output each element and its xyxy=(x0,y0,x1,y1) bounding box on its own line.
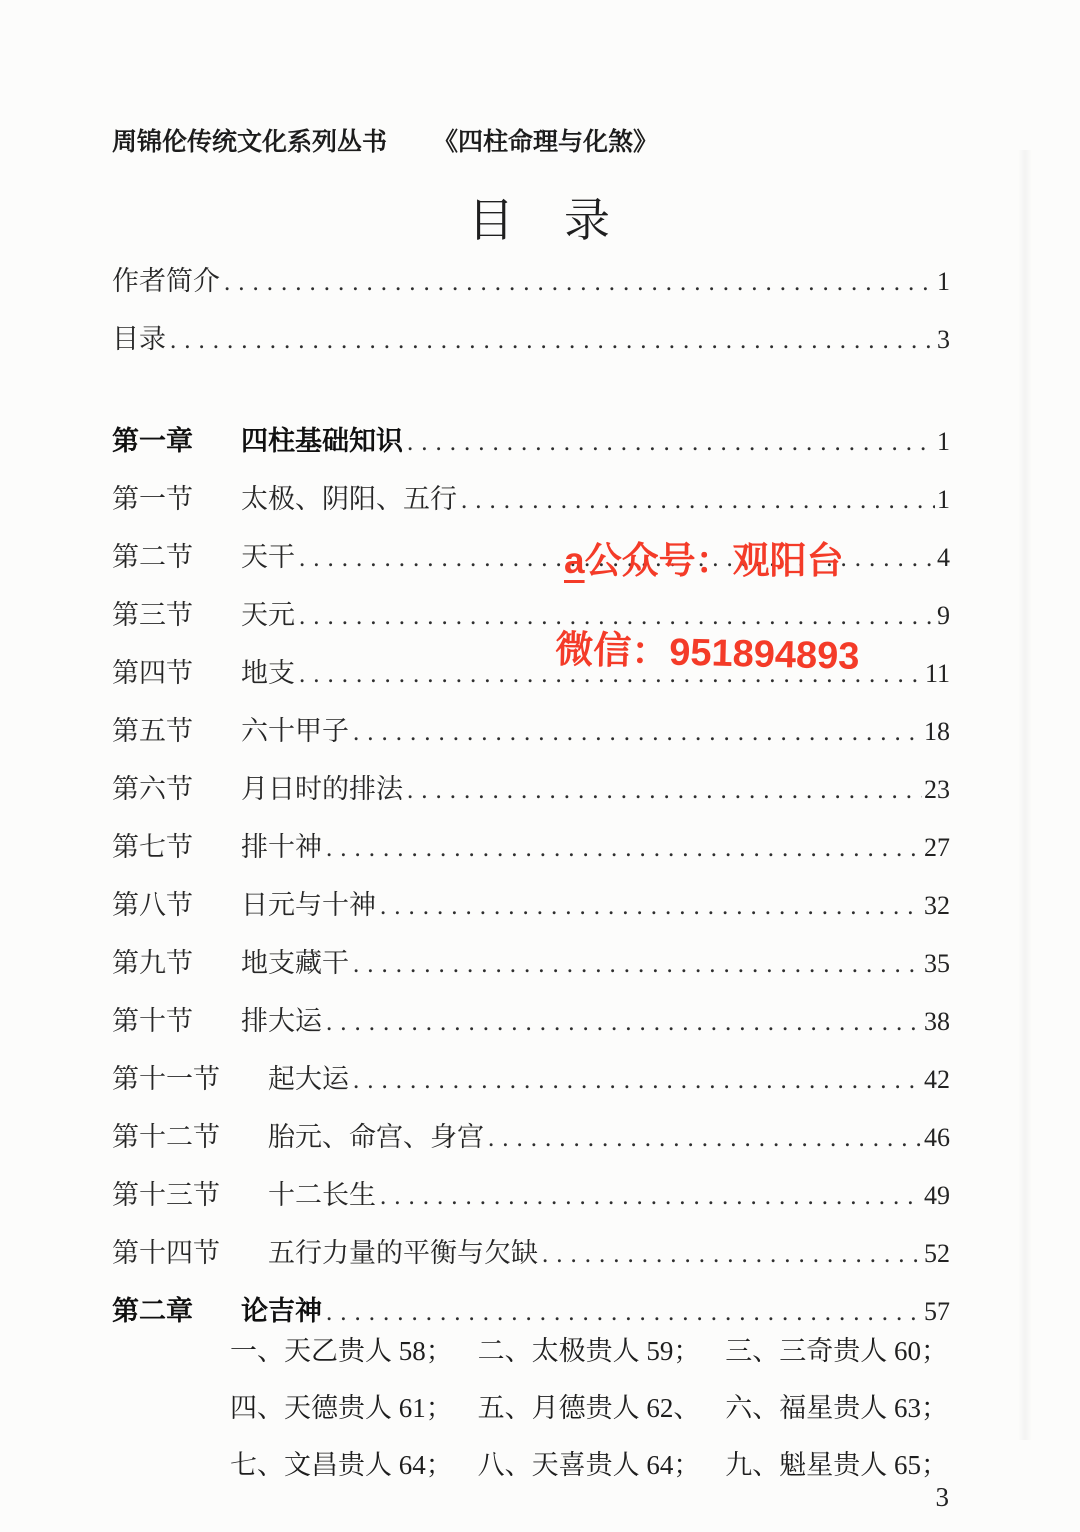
toc-entry: 第二节天干...................................… xyxy=(112,540,950,576)
toc-entry: 第一章四柱基础知识...............................… xyxy=(112,424,950,460)
series-title: 周锦伦传统文化系列丛书 xyxy=(112,128,387,156)
dot-leader: ........................................… xyxy=(299,658,923,692)
toc-entry: 第四节地支...................................… xyxy=(112,656,950,692)
toc-entry: 第七节排十神..................................… xyxy=(112,830,950,866)
toc-entry-page: 38 xyxy=(924,1005,950,1039)
toc-entry-page: 4 xyxy=(937,541,950,575)
subitem: 一、天乙贵人 58； xyxy=(230,1334,453,1368)
toc-entry: 第三节天元...................................… xyxy=(112,598,950,634)
dot-leader: ........................................… xyxy=(224,266,935,300)
dot-leader: ........................................… xyxy=(170,324,935,358)
subitem-row: 七、文昌贵人 64；八、天喜贵人 64；九、魁星贵人 65； xyxy=(230,1448,948,1482)
dot-leader: ........................................… xyxy=(407,774,922,808)
toc-entry: 第五节六十甲子.................................… xyxy=(112,714,950,750)
dot-leader: ........................................… xyxy=(299,542,935,576)
toc-entry-label: 第十一节 xyxy=(112,1062,220,1096)
subitem: 三、三奇贵人 60； xyxy=(725,1334,948,1368)
toc-entry-label: 第四节 xyxy=(112,656,193,690)
subitem: 四、天德贵人 61； xyxy=(230,1391,453,1425)
toc-entry-page: 57 xyxy=(924,1295,950,1329)
subitem-row: 一、天乙贵人 58；二、太极贵人 59；三、三奇贵人 60； xyxy=(230,1334,948,1368)
toc-entry-title: 排十神 xyxy=(241,830,322,864)
page-title: 目 录 xyxy=(0,184,1080,250)
dot-leader: ........................................… xyxy=(326,1006,922,1040)
toc-entry-label: 第六节 xyxy=(112,772,193,806)
toc-entry-label: 第九节 xyxy=(112,946,193,980)
toc-entry-title: 排大运 xyxy=(241,1004,322,1038)
toc-entry-page: 27 xyxy=(924,831,950,865)
dot-leader: ........................................… xyxy=(380,890,922,924)
toc-entry-page: 32 xyxy=(924,889,950,923)
toc-entry-title: 天元 xyxy=(241,598,295,632)
dot-leader: ........................................… xyxy=(461,484,935,518)
toc-entry: 第十四节五行力量的平衡与欠缺..........................… xyxy=(112,1236,950,1272)
toc-entry-page: 9 xyxy=(937,599,950,633)
toc-entry-title: 起大运 xyxy=(268,1062,349,1096)
toc-entry-title: 四柱基础知识 xyxy=(241,424,403,458)
dot-leader: ........................................… xyxy=(380,1180,922,1214)
toc-entry-page: 52 xyxy=(924,1237,950,1271)
toc-entry: 第十一节起大运.................................… xyxy=(112,1062,950,1098)
subitem: 七、文昌贵人 64； xyxy=(230,1448,453,1482)
toc-entry-label: 第一章 xyxy=(112,424,193,458)
dot-leader: ........................................… xyxy=(353,948,922,982)
subitem: 二、太极贵人 59； xyxy=(478,1334,701,1368)
toc-entry-title: 作者简介 xyxy=(112,264,220,298)
dot-leader: ........................................… xyxy=(353,1064,922,1098)
toc-entry-title: 十二长生 xyxy=(268,1178,376,1212)
toc-entry: 第六节月日时的排法...............................… xyxy=(112,772,950,808)
toc-entry-title: 目录 xyxy=(112,322,166,356)
toc-entry-title: 日元与十神 xyxy=(241,888,376,922)
dot-leader: ........................................… xyxy=(299,600,935,634)
page-header: 周锦伦传统文化系列丛书《四柱命理与化煞》 xyxy=(112,122,960,158)
toc-entry-page: 35 xyxy=(924,947,950,981)
toc-entry-page: 11 xyxy=(925,657,950,691)
toc-entry-title: 天干 xyxy=(241,540,295,574)
toc-entry-title: 胎元、命宫、身宫 xyxy=(268,1120,484,1154)
toc-entry-title: 地支 xyxy=(241,656,295,690)
toc-entry-label: 第二章 xyxy=(112,1294,193,1328)
toc-entry: 第一节太极、阴阳、五行.............................… xyxy=(112,482,950,518)
toc-page: 周锦伦传统文化系列丛书《四柱命理与化煞》 目 录 作者简介...........… xyxy=(0,0,1080,1532)
toc-entry-label: 第十三节 xyxy=(112,1178,220,1212)
toc-entry-label: 第十节 xyxy=(112,1004,193,1038)
toc-entry-title: 地支藏干 xyxy=(241,946,349,980)
toc-entry-label: 第一节 xyxy=(112,482,193,516)
toc-entry-page: 3 xyxy=(937,323,950,357)
dot-leader: ........................................… xyxy=(353,716,922,750)
dot-leader: ........................................… xyxy=(326,1296,922,1330)
toc-entry-page: 46 xyxy=(924,1121,950,1155)
toc-entry-page: 23 xyxy=(924,773,950,807)
subitem: 九、魁星贵人 65； xyxy=(725,1448,948,1482)
toc-entry-label: 第三节 xyxy=(112,598,193,632)
subitem: 八、天喜贵人 64； xyxy=(478,1448,701,1482)
subitem-row: 四、天德贵人 61；五、月德贵人 62、六、福星贵人 63； xyxy=(230,1391,948,1425)
toc-entry-label: 第二节 xyxy=(112,540,193,574)
toc-entry-title: 太极、阴阳、五行 xyxy=(241,482,457,516)
chapter2-subitems: 一、天乙贵人 58；二、太极贵人 59；三、三奇贵人 60；四、天德贵人 61；… xyxy=(230,1334,948,1505)
toc-entry: 第十三节十二长生................................… xyxy=(112,1178,950,1214)
toc-entry-title: 五行力量的平衡与欠缺 xyxy=(268,1236,538,1270)
scan-streak xyxy=(1018,150,1032,1440)
toc-entry-title: 月日时的排法 xyxy=(241,772,403,806)
page-number: 3 xyxy=(936,1482,950,1513)
toc-entry-page: 49 xyxy=(924,1179,950,1213)
toc-entry-title: 六十甲子 xyxy=(241,714,349,748)
toc-list: 第一章四柱基础知识...............................… xyxy=(112,424,950,1352)
toc-entry-page: 1 xyxy=(937,483,950,517)
toc-entry-label: 第八节 xyxy=(112,888,193,922)
toc-entry: 第十二节胎元、命宫、身宫............................… xyxy=(112,1120,950,1156)
subitem: 五、月德贵人 62、 xyxy=(478,1391,701,1425)
toc-entry: 第二章论吉神..................................… xyxy=(112,1294,950,1330)
toc-entry-label: 第七节 xyxy=(112,830,193,864)
toc-entry-label: 第五节 xyxy=(112,714,193,748)
toc-entry-label: 第十四节 xyxy=(112,1236,220,1270)
toc-entry-title: 论吉神 xyxy=(241,1294,322,1328)
toc-entry: 作者简介....................................… xyxy=(112,264,950,300)
toc-entry-page: 1 xyxy=(937,425,950,459)
dot-leader: ........................................… xyxy=(488,1122,922,1156)
dot-leader: ........................................… xyxy=(326,832,922,866)
dot-leader: ........................................… xyxy=(407,426,935,460)
dot-leader: ........................................… xyxy=(542,1238,922,1272)
toc-entry-page: 18 xyxy=(924,715,950,749)
toc-entry: 第八节日元与十神................................… xyxy=(112,888,950,924)
toc-entry: 目录......................................… xyxy=(112,322,950,358)
front-matter-list: 作者简介....................................… xyxy=(112,264,950,380)
book-title: 《四柱命理与化煞》 xyxy=(433,128,658,156)
subitem: 六、福星贵人 63； xyxy=(725,1391,948,1425)
toc-entry-page: 42 xyxy=(924,1063,950,1097)
toc-entry: 第十节排大运..................................… xyxy=(112,1004,950,1040)
toc-entry-page: 1 xyxy=(937,265,950,299)
toc-entry-label: 第十二节 xyxy=(112,1120,220,1154)
toc-entry: 第九节地支藏干.................................… xyxy=(112,946,950,982)
